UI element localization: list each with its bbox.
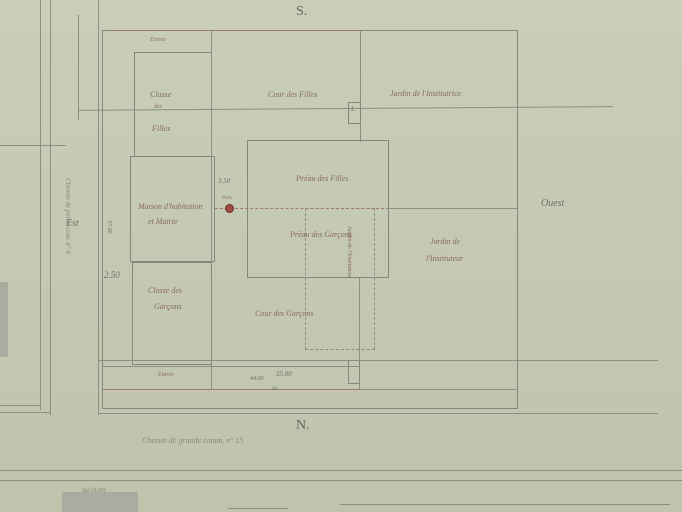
dimension-60: 60 xyxy=(272,387,277,392)
road-edge-line xyxy=(40,0,41,410)
label-jardin-institutrice: Jardin de l'Institutrice xyxy=(390,89,461,98)
dimension-2-50: 2.50 xyxy=(104,270,120,280)
road-line xyxy=(0,470,682,471)
road-edge-line xyxy=(0,412,51,413)
label-latrines: L xyxy=(351,105,355,113)
label-cour-filles: Cour des Filles xyxy=(268,90,317,99)
parcel-line xyxy=(340,504,670,505)
label-classe-filles-1: Classe xyxy=(150,90,171,99)
label-maison-2: et Mairie xyxy=(148,217,178,226)
label-classe-garcons-1: Classe des xyxy=(148,286,182,295)
label-classe-filles-3: Filles xyxy=(152,124,170,133)
label-preau-filles: Préau des Filles xyxy=(296,174,348,183)
orientation-north: N. xyxy=(296,418,310,434)
adjacent-parcel xyxy=(62,492,138,512)
road-edge-line xyxy=(50,0,51,415)
room-classe-garcons xyxy=(132,262,212,365)
wall-line xyxy=(360,30,361,142)
adjacent-building xyxy=(0,282,8,357)
parcel-line xyxy=(228,508,288,509)
road-edge-line xyxy=(78,15,79,120)
latrines-bottom xyxy=(348,360,360,384)
road-label-bottom: Chemin de grande comm. n° 15 xyxy=(142,436,243,445)
road-edge-line xyxy=(98,0,99,415)
parcel-label-bottom: Sol (6.00) xyxy=(82,488,106,494)
architectural-plan-sheet: S. N. Entrée Classe des Filles Cour des … xyxy=(0,0,682,512)
road-line xyxy=(0,480,682,481)
label-classe-filles-2: des xyxy=(154,104,162,110)
label-cour-garcons: Cour des Garçons xyxy=(255,309,314,318)
label-entree-top: Entrée xyxy=(150,37,166,43)
neighbor-east-label: Ouest xyxy=(541,198,564,209)
road-edge-line xyxy=(0,145,66,146)
label-entree-bottom: Entrée xyxy=(158,372,174,378)
room-classe-filles xyxy=(134,52,212,157)
dimension-35: 35.00 xyxy=(276,370,292,378)
road-edge-line xyxy=(0,405,41,406)
label-preau-garcons: Préau des Garçons xyxy=(290,230,352,239)
dimension-side: 37.00 xyxy=(106,220,112,234)
label-puits: Puits xyxy=(222,196,232,201)
garden-divider xyxy=(388,208,518,209)
dimension-3-50: 3.50 xyxy=(218,177,230,185)
entrance-band-bottom xyxy=(102,389,360,390)
label-maison-1: Maison d'habitation xyxy=(138,202,203,211)
label-jardin-instituteur-2: l'Instituteur xyxy=(426,254,463,263)
label-jardin-vertical: Jardin de l'Instituteur xyxy=(346,226,352,278)
road-label-left: Chemin de petite com. n° 6 xyxy=(64,178,72,254)
site-top-red-line xyxy=(108,30,360,31)
dimension-44: 44.00 xyxy=(250,376,264,382)
orientation-south: S. xyxy=(296,4,307,20)
entrance-band-bottom xyxy=(360,389,518,390)
label-classe-garcons-2: Garçons xyxy=(154,302,182,311)
label-jardin-instituteur-1: Jardin de xyxy=(430,237,460,246)
site-boundary-line xyxy=(98,413,658,414)
well-icon xyxy=(225,204,234,213)
entrance-band-top xyxy=(102,366,360,367)
